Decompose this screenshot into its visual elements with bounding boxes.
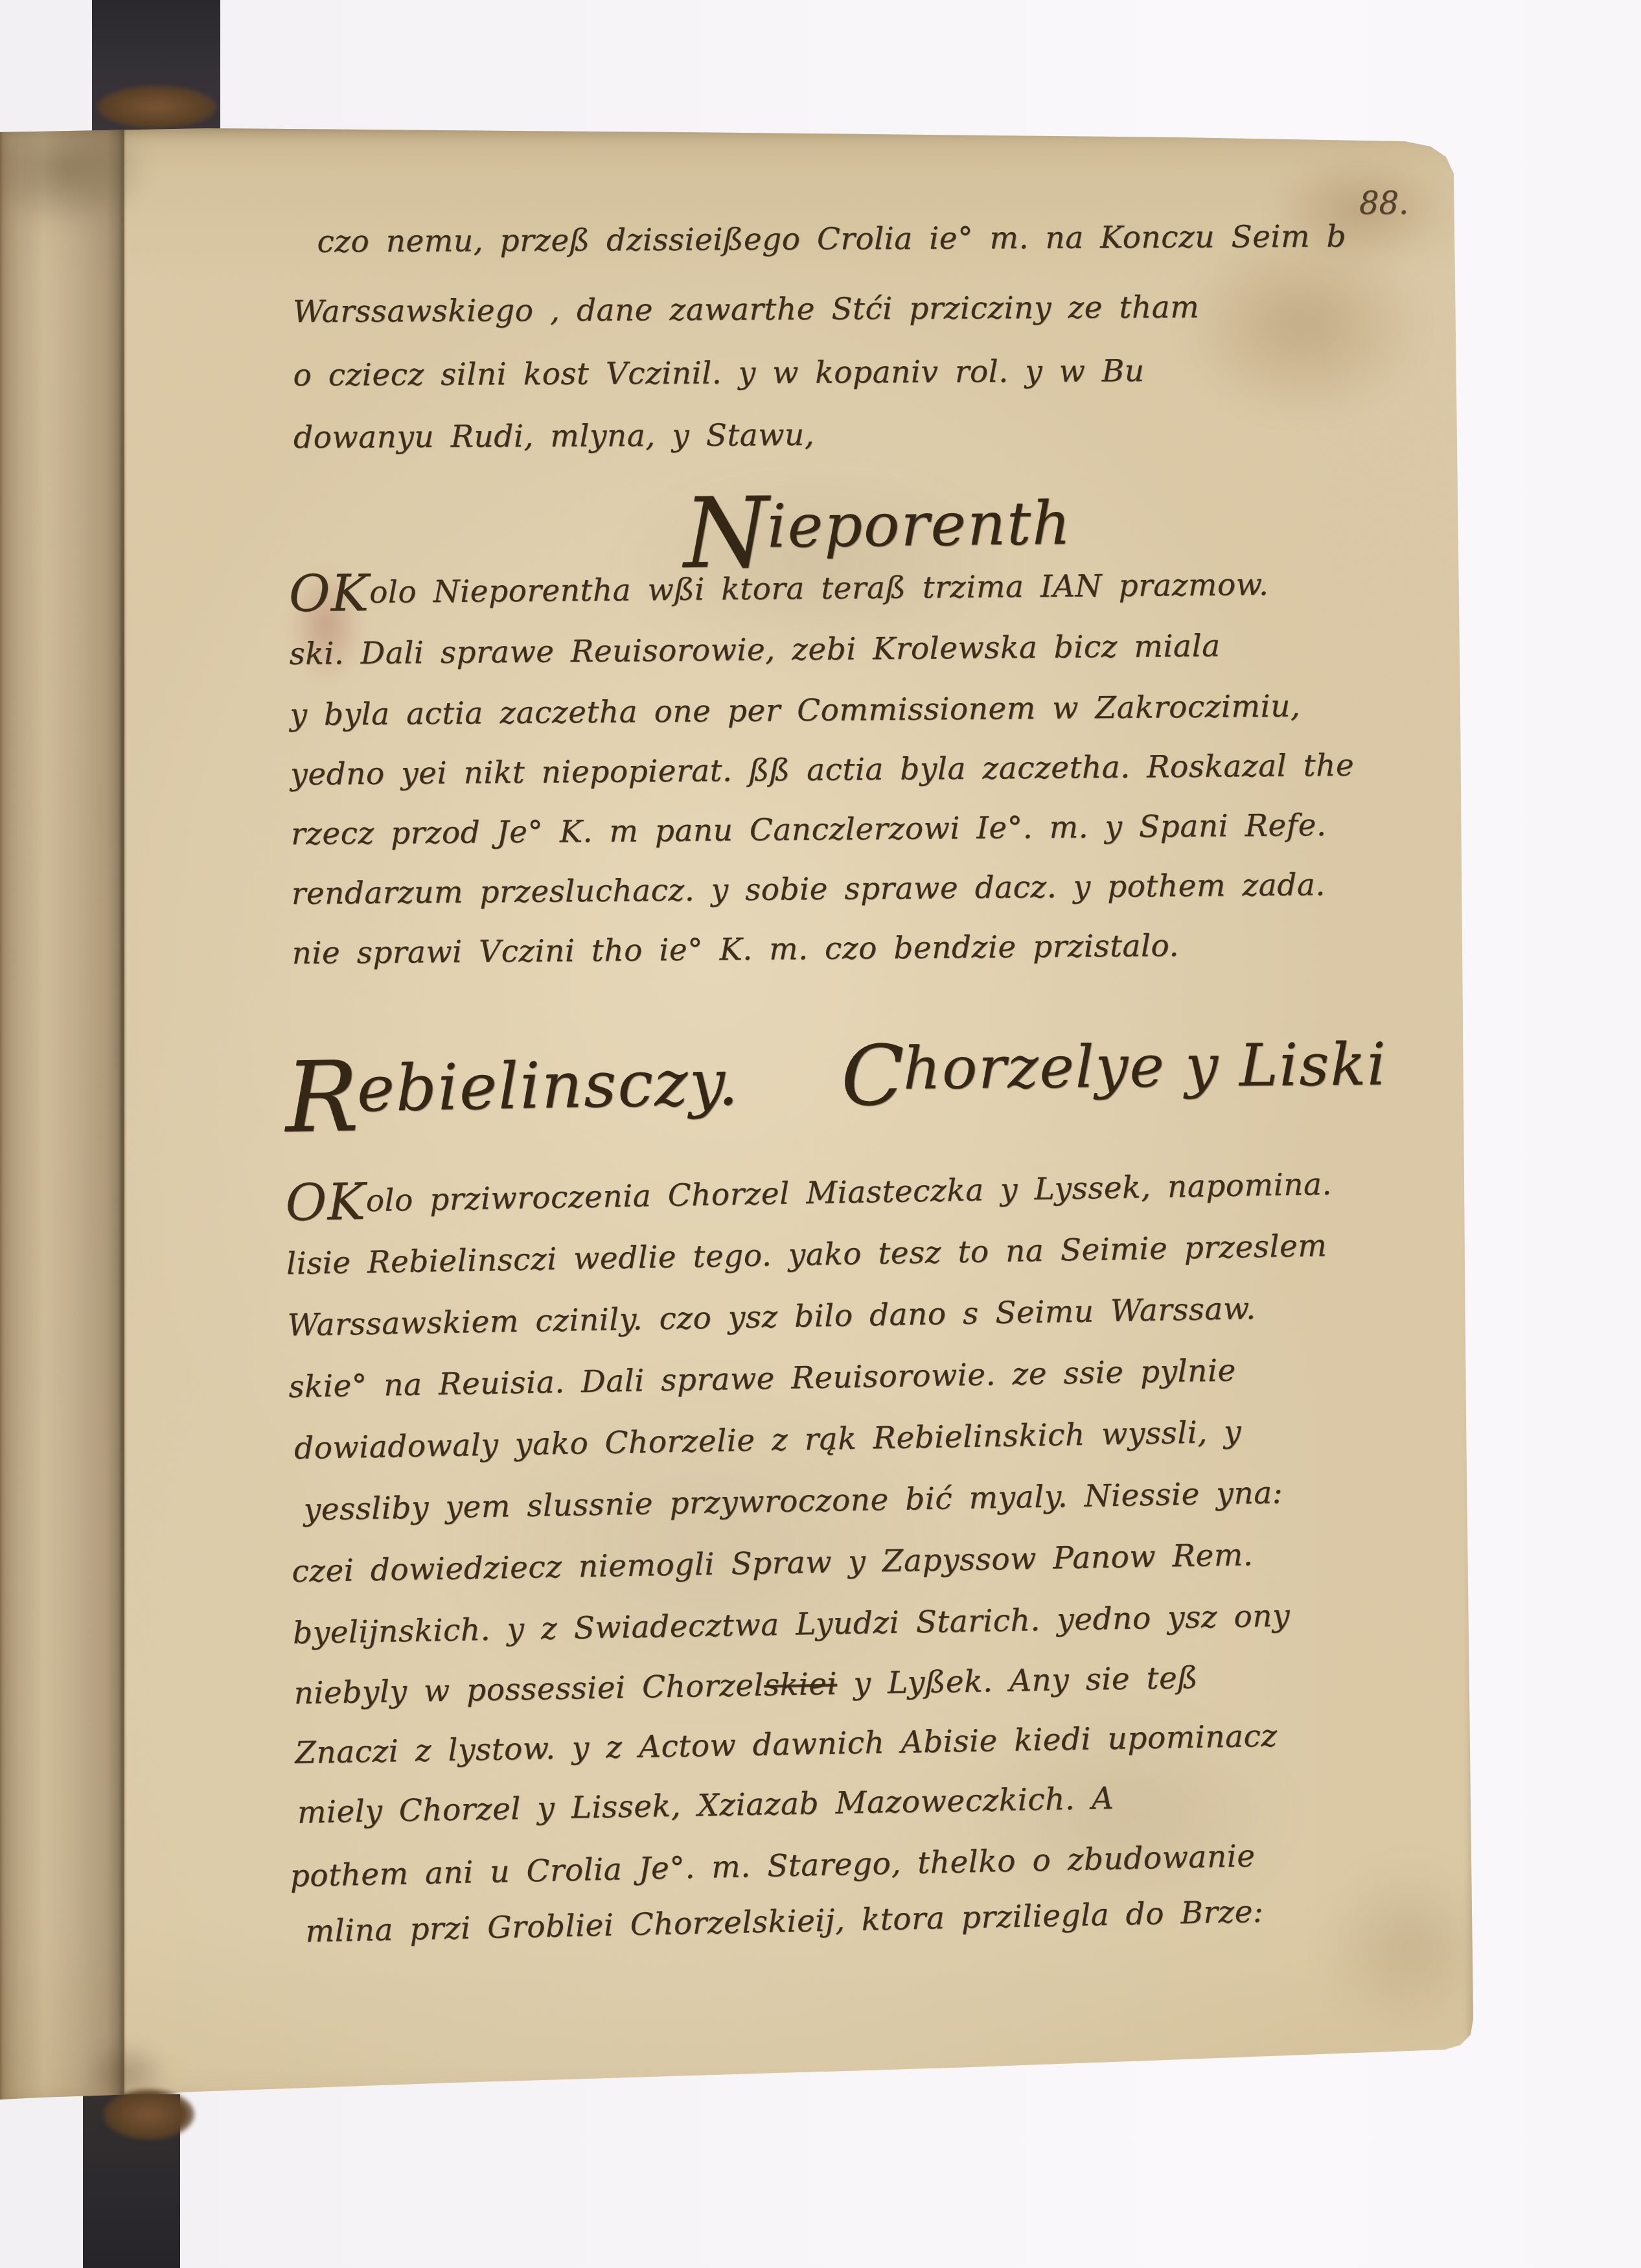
binding-leather-remnant-top xyxy=(97,86,216,128)
manuscript-scan: 88. czo nemu, przeß dzissieißego Crolia … xyxy=(0,0,1641,2268)
manuscript-page: 88. czo nemu, przeß dzissieißego Crolia … xyxy=(0,123,1484,2116)
manuscript-line: mlina przi Grobliei Chorzelskieij, ktora… xyxy=(305,1897,1264,1947)
binding-leather-remnant-bottom xyxy=(104,2089,194,2140)
paragraph-closing: pothem ani u Crolia Je°. m. Starego, the… xyxy=(0,98,1488,2122)
manuscript-line: pothem ani u Crolia Je°. m. Starego, the… xyxy=(290,1841,1256,1892)
